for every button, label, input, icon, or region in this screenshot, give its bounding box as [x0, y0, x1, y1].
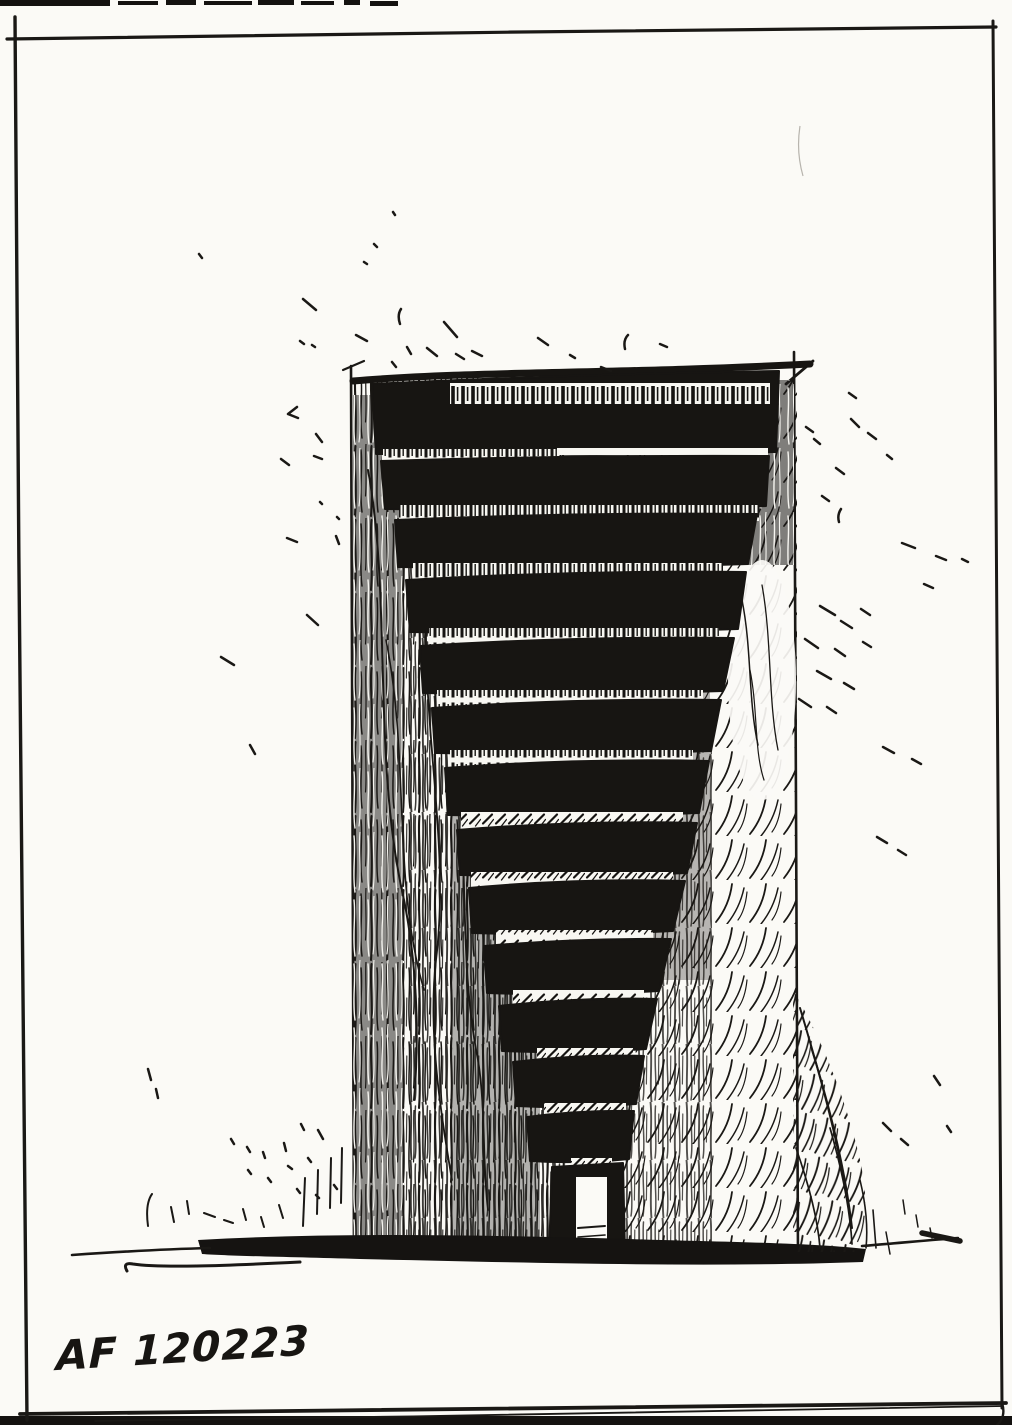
ground-line-under	[125, 1262, 300, 1271]
specks-left	[148, 407, 339, 1198]
ground-line-left	[72, 1248, 210, 1255]
frame-left-nub	[343, 361, 364, 370]
border-left	[15, 17, 27, 1420]
ink-drawing	[0, 0, 1012, 1425]
specks-right	[799, 393, 968, 1145]
faint-pencil-mark	[799, 126, 803, 176]
border-right	[993, 21, 1002, 1408]
specks-top-left	[199, 212, 667, 371]
grass-left	[147, 1148, 342, 1227]
sketch-page: AF 120223	[0, 0, 1012, 1425]
border-top	[7, 27, 996, 39]
bush-right-blob	[793, 990, 866, 1252]
